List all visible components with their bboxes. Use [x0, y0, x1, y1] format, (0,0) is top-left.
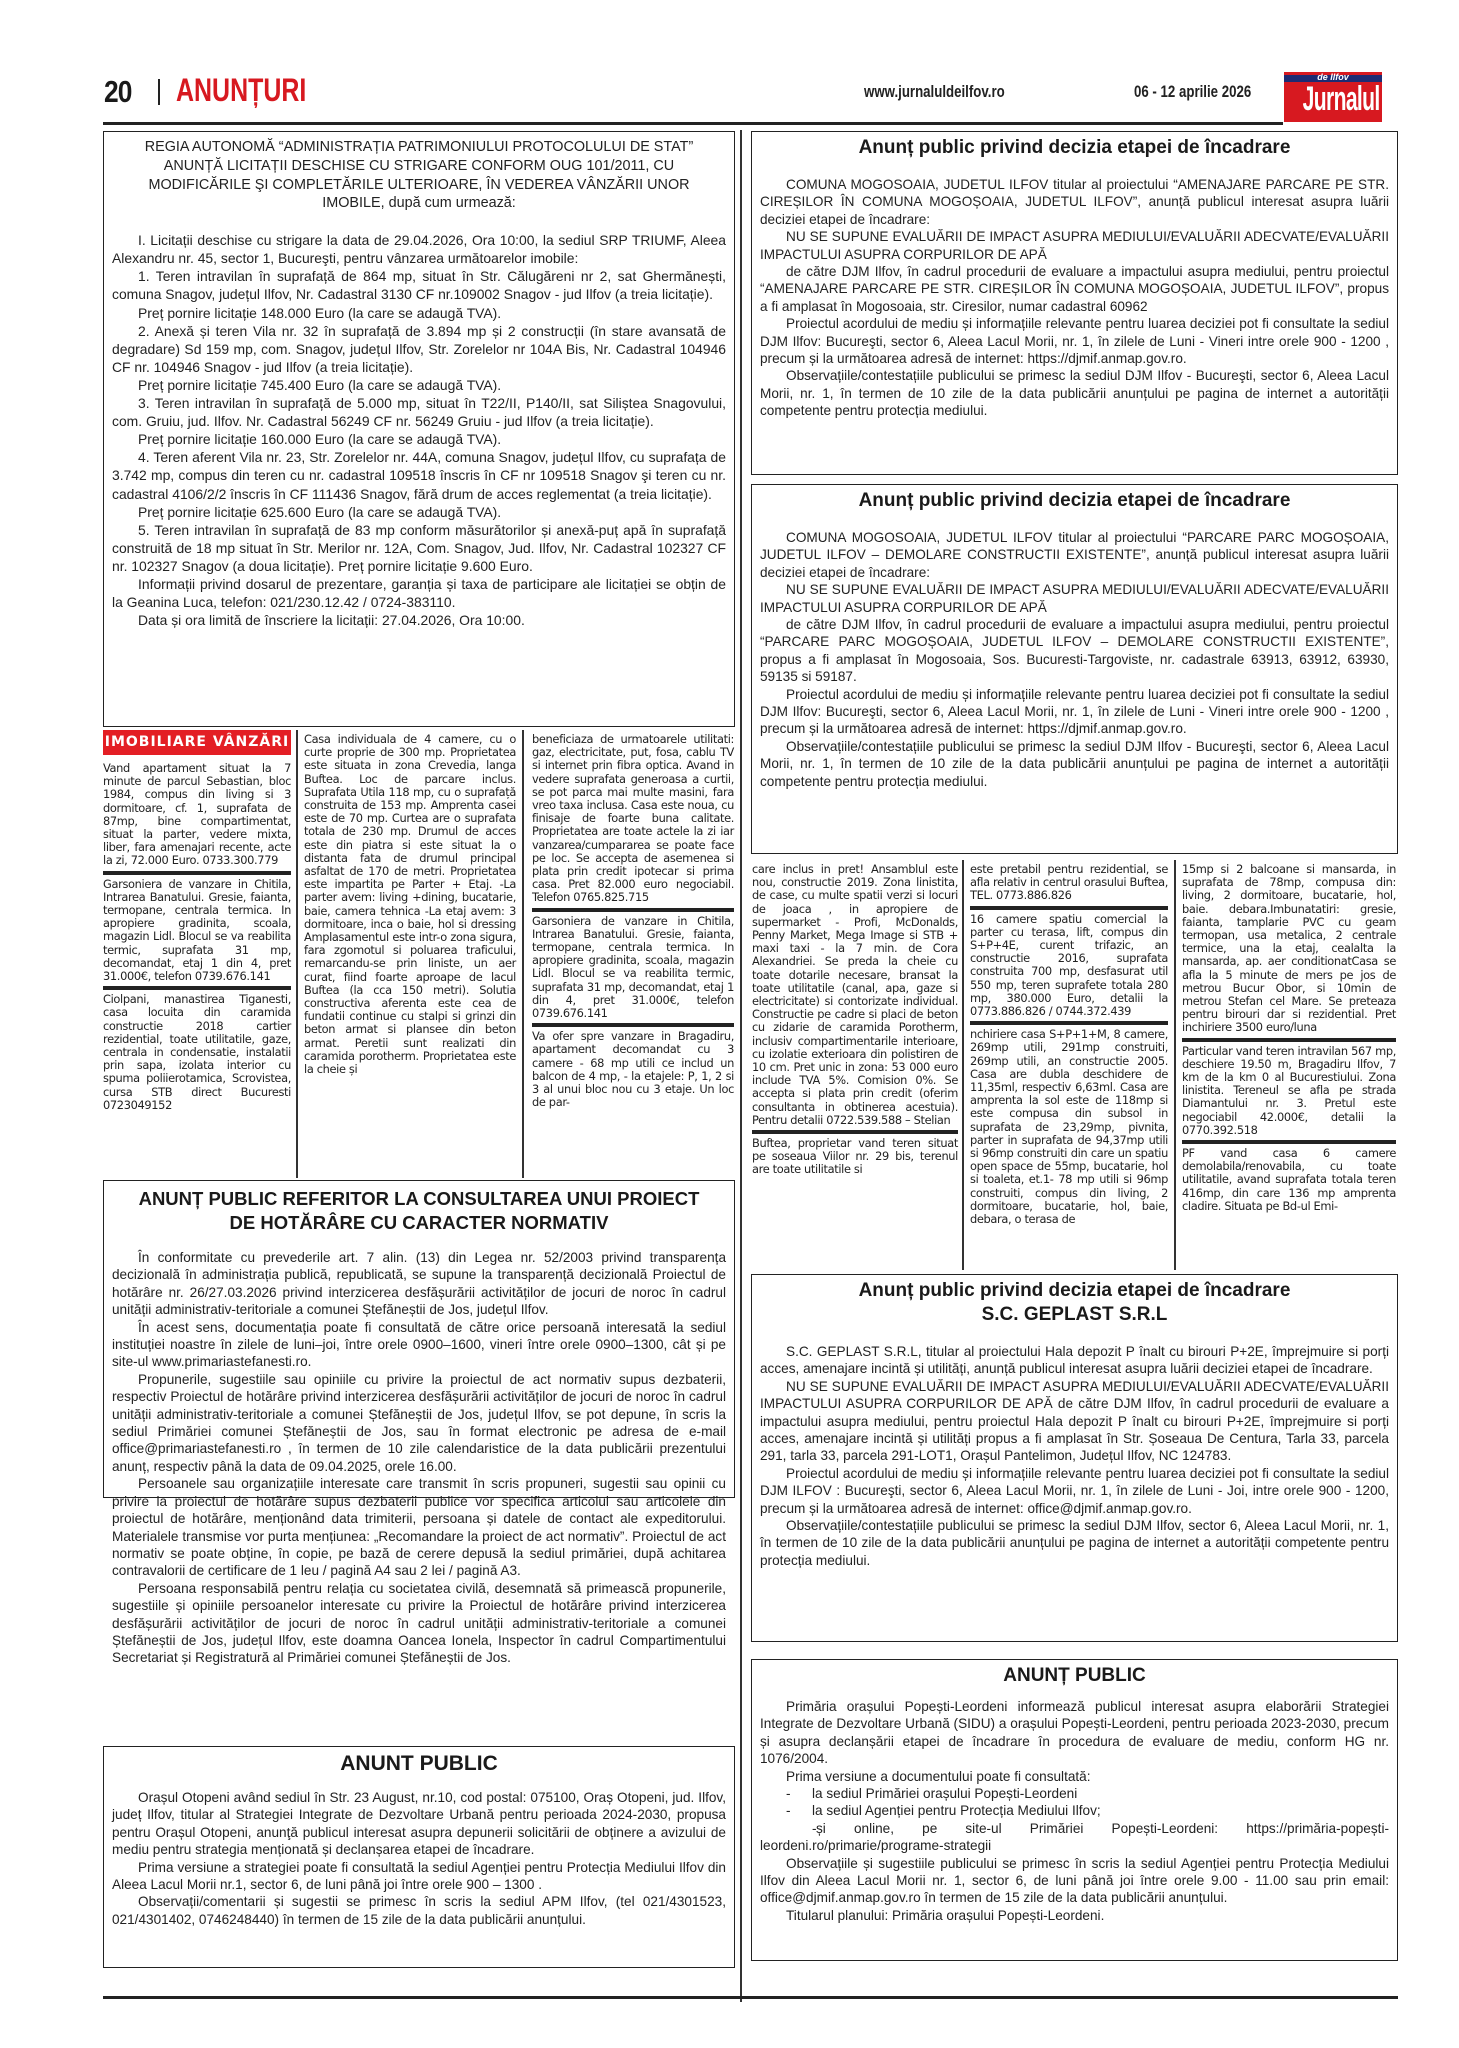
mogosoaia-demolition-notice: Anunț public privind decizia etapei de î… [751, 484, 1398, 854]
section-title: ANUNȚURI [176, 72, 306, 109]
classifieds-divider [522, 730, 524, 1178]
mogosoaia-demolition-title: Anunț public privind decizia etapei de î… [760, 489, 1389, 513]
auction-price: Preț pornire licitație 148.000 Euro (la … [112, 304, 726, 322]
auction-price: Preț pornire licitație 745.400 Euro (la … [112, 376, 726, 394]
classifieds-column-6: 15mp si 2 balcoane si mansarda, in supra… [1182, 860, 1396, 1216]
classified-ad: Vand apartament situat la 7 minute de pa… [103, 759, 291, 875]
notice-paragraph: Observațiile/contestațiile publicului se… [760, 1517, 1389, 1569]
notice-paragraph: Observațiile și sugestiile publicului se… [760, 1855, 1389, 1907]
auction-price: Preț pornire licitație 625.600 Euro (la … [112, 503, 726, 521]
logo-title: Jurnalul [1303, 80, 1364, 119]
otopeni-title: ANUNT PUBLIC [112, 1751, 726, 1777]
classified-ad: Buftea, proprietar vand teren situat pe … [752, 1134, 958, 1180]
popesti-title: ANUNȚ PUBLIC [760, 1664, 1389, 1688]
classifieds-divider [296, 730, 298, 1178]
list-item: -și online, pe site-ul Primăriei Popești… [760, 1820, 1389, 1855]
notice-paragraph: NU SE SUPUNE EVALUĂRII DE IMPACT ASUPRA … [760, 581, 1389, 616]
otopeni-paragraph: Prima versiune a strategiei poate fi con… [112, 1859, 726, 1894]
otopeni-paragraph: Orașul Otopeni având sediul în Str. 23 A… [112, 1789, 726, 1859]
classifieds-divider [962, 860, 964, 1270]
consultation-paragraph: În conformitate cu prevederile art. 7 al… [112, 1249, 726, 1319]
classified-ad: PF vand casa 6 camere demolabila/renovab… [1182, 1144, 1396, 1216]
mogosoaia-demolition-body: COMUNA MOGOSOAIA, JUDETUL ILFOV titular … [760, 529, 1389, 790]
auction-item: 5. Teren intravilan în suprafață de 83 m… [112, 521, 726, 575]
auction-notice: REGIA AUTONOMĂ “ADMINISTRAȚIA PATRIMONIU… [103, 131, 735, 727]
footer-rule [103, 1996, 1398, 1999]
notice-paragraph: de către DJM Ilfov, în cadrul procedurii… [760, 263, 1389, 315]
classified-ad: Ciolpani, manastirea Tiganesti, casa loc… [103, 990, 291, 1115]
notice-paragraph: Proiectul acordului de mediu și informaț… [760, 686, 1389, 738]
classifieds-column-5: este pretabil pentru rezidential, se afl… [970, 860, 1168, 1229]
notice-paragraph: COMUNA MOGOSOAIA, JUDETUL ILFOV titular … [760, 529, 1389, 581]
auction-item: 1. Teren intravilan în suprafață de 864 … [112, 267, 726, 303]
classified-ad: 16 camere spatiu comercial la parter cu … [970, 910, 1168, 1026]
mogosoaia-parking-body: COMUNA MOGOSOAIA, JUDETUL ILFOV titular … [760, 176, 1389, 420]
auction-price: Preț pornire licitație 160.000 Euro (la … [112, 430, 726, 448]
classified-ad: care inclus in pret! Ansamblul este nou,… [752, 860, 958, 1134]
consultation-body: În conformitate cu prevederile art. 7 al… [112, 1249, 726, 1667]
notice-paragraph: Proiectul acordului de mediu și informaț… [760, 1465, 1389, 1517]
consultation-paragraph: Propunerile, sugestiile sau opiniile cu … [112, 1371, 726, 1475]
column-divider [740, 130, 742, 2002]
notice-paragraph: Titularul planului: Primăria orașului Po… [760, 1907, 1389, 1924]
classifieds-column-2: Casa individuala de 4 camere, cu o curte… [304, 730, 516, 1079]
auction-title: REGIA AUTONOMĂ “ADMINISTRAȚIA PATRIMONIU… [112, 138, 726, 213]
consultation-paragraph: Persoana responsabilă pentru relația cu … [112, 1580, 726, 1667]
otopeni-body: Orașul Otopeni având sediul în Str. 23 A… [112, 1789, 726, 1928]
notice-paragraph: NU SE SUPUNE EVALUĂRII DE IMPACT ASUPRA … [760, 228, 1389, 263]
classified-ad: Garsoniera de vanzare in Chitila, Intrar… [103, 875, 291, 991]
auction-item: 4. Teren aferent Vila nr. 23, Str. Zorel… [112, 448, 726, 502]
popesti-notice: ANUNȚ PUBLIC Primăria orașului Popești-L… [751, 1659, 1398, 1961]
auction-paragraph: I. Licitații deschise cu strigare la dat… [112, 231, 726, 267]
classified-ad: nchiriere casa S+P+1+M, 8 camere, 269mp … [970, 1025, 1168, 1229]
auction-body: I. Licitații deschise cu strigare la dat… [112, 231, 726, 629]
notice-paragraph: Observațiile/contestațiile publicului se… [760, 738, 1389, 790]
notice-paragraph: Proiectul acordului de mediu și informaț… [760, 315, 1389, 367]
classifieds-column-3: beneficiaza de urmatoarele utilitati: ga… [532, 730, 734, 1112]
classified-ad: 15mp si 2 balcoane si mansarda, in supra… [1182, 860, 1396, 1042]
notice-paragraph: Observațiile/contestațiile publicului se… [760, 367, 1389, 419]
header-separator [158, 79, 160, 105]
notice-paragraph: S.C. GEPLAST S.R.L, titular al proiectul… [760, 1343, 1389, 1378]
notice-paragraph: COMUNA MOGOSOAIA, JUDETUL ILFOV titular … [760, 176, 1389, 228]
notice-paragraph: Primăria orașului Popești-Leordeni infor… [760, 1698, 1389, 1768]
popesti-body: Primăria orașului Popești-Leordeni infor… [760, 1698, 1389, 1924]
category-header: IMOBILIARE VÂNZĂRI [103, 730, 291, 755]
list-item: -la sediul Primăriei orașului Popești-Le… [760, 1785, 1389, 1802]
list-bullet: - [786, 1820, 816, 1837]
notice-paragraph: Prima versiune a documentului poate fi c… [760, 1768, 1389, 1785]
newspaper-logo: de Ilfov Jurnalul [1284, 72, 1382, 122]
classifieds-column-4: care inclus in pret! Ansamblul este nou,… [752, 860, 958, 1180]
classified-ad: Particular vand teren intravilan 567 mp,… [1182, 1042, 1396, 1144]
header-rule [103, 122, 1283, 125]
auction-deadline: Data și ora limită de înscriere la licit… [112, 611, 726, 629]
classifieds-column-1: IMOBILIARE VÂNZĂRI Vand apartament situa… [103, 730, 291, 1115]
otopeni-notice: ANUNT PUBLIC Orașul Otopeni având sediul… [103, 1746, 735, 1968]
geplast-body: S.C. GEPLAST S.R.L, titular al proiectul… [760, 1343, 1389, 1569]
notice-paragraph: de către DJM Ilfov, în cadrul procedurii… [760, 616, 1389, 686]
consultation-notice: ANUNȚ PUBLIC REFERITOR LA CONSULTAREA UN… [103, 1180, 735, 1498]
classified-ad: Casa individuala de 4 camere, cu o curte… [304, 730, 516, 1079]
list-bullet: - [760, 1802, 812, 1819]
mogosoaia-parking-title: Anunț public privind decizia etapei de î… [760, 136, 1389, 160]
consultation-title: ANUNȚ PUBLIC REFERITOR LA CONSULTAREA UN… [112, 1187, 726, 1235]
geplast-title: Anunț public privind decizia etapei de î… [760, 1279, 1389, 1303]
classified-ad: este pretabil pentru rezidential, se afl… [970, 860, 1168, 910]
classified-ad: beneficiaza de urmatoarele utilitati: ga… [532, 730, 734, 912]
list-bullet: - [760, 1785, 812, 1802]
consultation-paragraph: Persoanele sau organizațiile interesate … [112, 1475, 726, 1579]
otopeni-paragraph: Observații/comentarii și sugestii se pri… [112, 1893, 726, 1928]
geplast-subtitle: S.C. GEPLAST S.R.L [760, 1303, 1389, 1327]
issue-date: 06 - 12 aprilie 2026 [1134, 82, 1251, 102]
geplast-notice: Anunț public privind decizia etapei de î… [751, 1274, 1398, 1642]
website-link[interactable]: www.jurnaluldeilfov.ro [864, 82, 1005, 102]
auction-item: 2. Anexă și teren Vila nr. 32 în suprafa… [112, 322, 726, 376]
classifieds-divider [1174, 860, 1176, 1270]
notice-paragraph: NU SE SUPUNE EVALUĂRII DE IMPACT ASUPRA … [760, 1378, 1389, 1465]
mogosoaia-parking-notice: Anunț public privind decizia etapei de î… [751, 131, 1398, 475]
auction-info: Informații privind dosarul de prezentare… [112, 575, 726, 611]
page-number: 20 [104, 74, 132, 110]
classified-ad: Va ofer spre vanzare in Bragadiru, apart… [532, 1027, 734, 1112]
auction-item: 3. Teren intravilan în suprafață de 5.00… [112, 394, 726, 430]
consultation-paragraph: În acest sens, documentația poate fi con… [112, 1319, 726, 1371]
list-item: -la sediul Agenției pentru Protecția Med… [760, 1802, 1389, 1819]
classified-ad: Garsoniera de vanzare in Chitila, Intrar… [532, 912, 734, 1028]
